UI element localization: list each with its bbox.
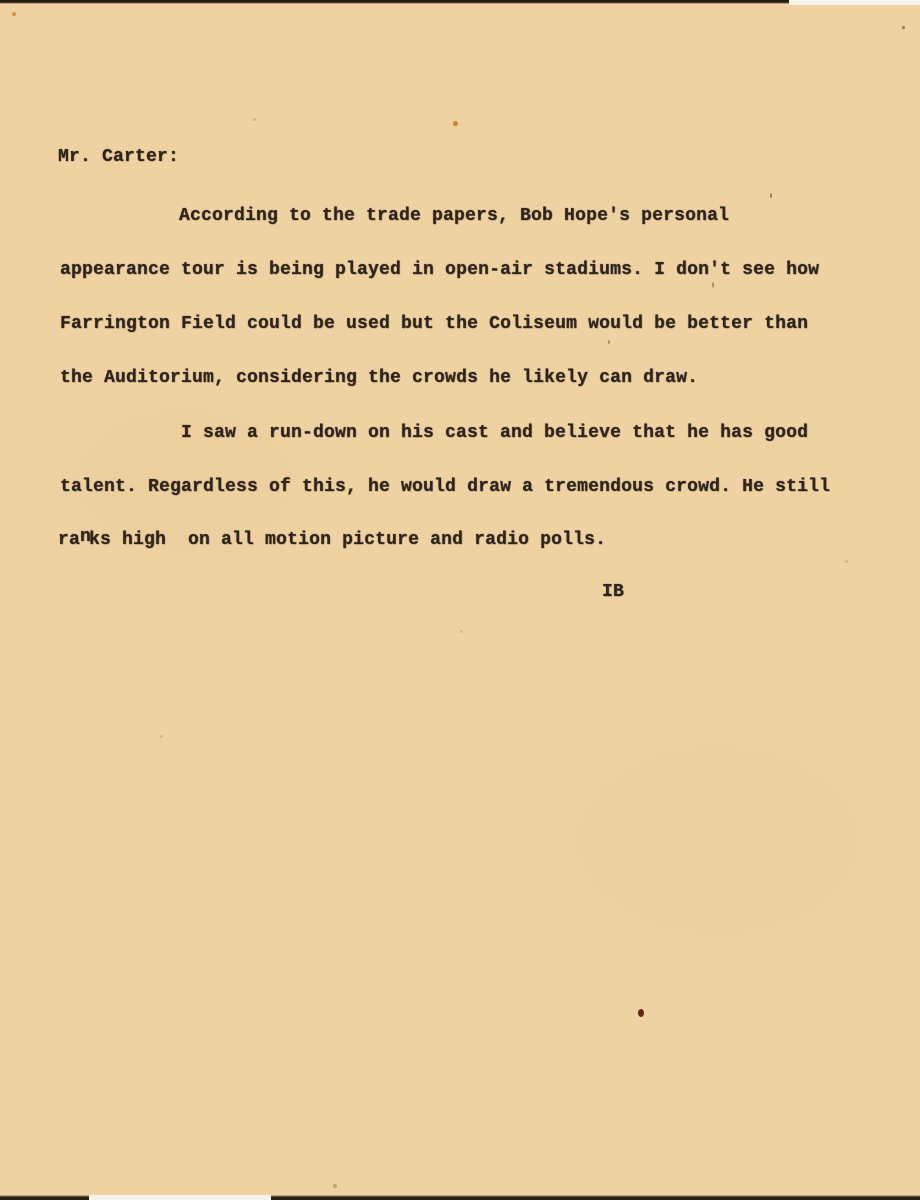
letter-line: According to the trade papers, Bob Hope'…: [179, 206, 729, 228]
letter-line-segment: ra: [58, 530, 80, 550]
letter-page: [0, 0, 920, 1200]
letter-greeting: Mr. Carter:: [58, 147, 179, 169]
scanned-letter: Mr. Carter: According to the trade paper…: [0, 0, 920, 1200]
letter-line: I saw a run-down on his cast and believe…: [181, 423, 808, 445]
letter-line-segment: ks high on all motion picture and radio …: [89, 530, 606, 550]
letter-line: Farrington Field could be used but the C…: [60, 314, 808, 336]
letter-line: appearance tour is being played in open-…: [60, 260, 819, 282]
letter-line: talent. Regardless of this, he would dra…: [60, 477, 830, 499]
letter-initials: IB: [602, 582, 624, 604]
letter-line: ranks high on all motion picture and rad…: [58, 530, 606, 552]
letter-line-raised-char: n: [80, 527, 91, 549]
letter-line: the Auditorium, considering the crowds h…: [60, 368, 698, 390]
